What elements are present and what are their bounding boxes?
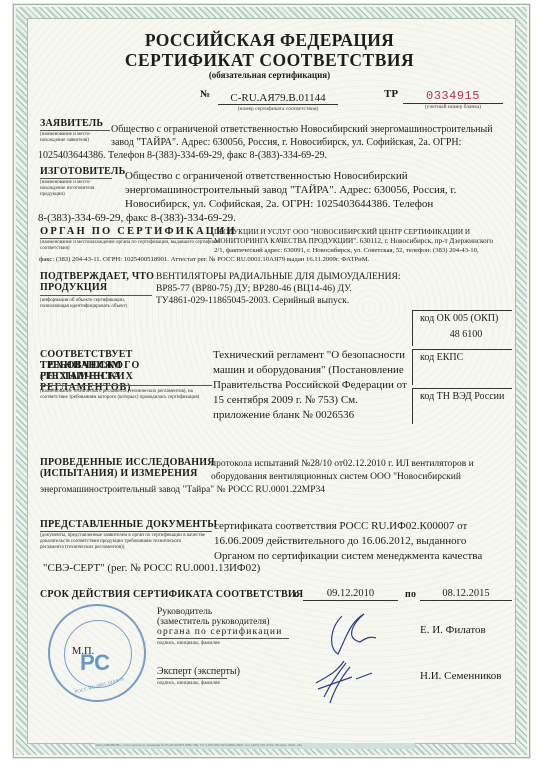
validity-from-prefix: с <box>294 589 299 600</box>
number-sign: № <box>200 89 210 100</box>
documents-label: ПРЕДСТАВЛЕННЫЕ ДОКУМЕНТЫ <box>40 519 217 530</box>
country-title: РОССИЙСКАЯ ФЕДЕРАЦИЯ <box>0 30 539 51</box>
blank-prefix: ТР <box>384 88 398 100</box>
head-name: Е. И. Филатов <box>420 624 486 636</box>
validity-to-prefix: по <box>405 589 416 600</box>
documents-line-4: "СВЭ-СЕРТ" (рег. № РОСС RU.0001.13ИФ02) <box>43 562 260 575</box>
blank-number-caption: (учетный номер бланка) <box>403 104 503 110</box>
divider <box>40 295 152 296</box>
cert-body-line-3: 2/1, фактический адрес: 630091, г. Новос… <box>214 246 479 255</box>
product-line-1: ВЕНТИЛЯТОРЫ РАДИАЛЬНЫЕ ДЛЯ ДЫМОУДАЛЕНИЯ: <box>156 271 401 284</box>
applicant-line-1: Общество с ограниченой ответственностью … <box>111 124 493 137</box>
regulations-line-2: машин и оборудования" (Постановление <box>213 364 404 377</box>
expert-name: Н.И. Семенников <box>420 670 501 682</box>
certificate-subtitle: (обязательная сертификация) <box>0 70 539 80</box>
research-line-1: протокола испытаний №28/10 от02.12.2010 … <box>211 458 474 471</box>
ekps-code-box: код ЕКПС <box>412 349 512 385</box>
divider <box>40 178 112 179</box>
expert-signature <box>310 655 380 707</box>
stamp-label: М.П. <box>72 646 94 657</box>
validity-from-date: 09.12.2010 <box>303 588 398 601</box>
certificate-number: C-RU.АЯ79.В.01144 <box>218 92 338 105</box>
manufacturer-line-3: Новосибирск, ул. Софийская, 2а. ОГРН: 10… <box>125 198 433 211</box>
regulations-caption: (наименование технического регламента (т… <box>40 389 205 401</box>
cert-body-line-2: МОНИТОРИНГА КАЧЕСТВА ПРОДУКЦИИ". 630112,… <box>214 237 493 246</box>
certificate-number-caption: (номер сертификата соответствия) <box>218 106 338 112</box>
manufacturer-line-2: энергомашиностроительный завод "ТАЙРА". … <box>125 184 456 197</box>
manufacturer-label: ИЗГОТОВИТЕЛЬ <box>40 166 125 177</box>
divider <box>40 238 212 239</box>
head-title-3: органа по сертификации <box>157 627 283 637</box>
divider <box>40 385 212 386</box>
research-label-1: ПРОВЕДЕННЫЕ ИССЛЕДОВАНИЯ <box>40 457 215 468</box>
certificate-number-row: № <box>200 88 210 100</box>
research-label-2: (ИСПЫТАНИЯ) И ИЗМЕРЕНИЯ <box>40 468 198 479</box>
blank-number: 0334915 <box>403 89 503 104</box>
applicant-label: ЗАЯВИТЕЛЬ <box>40 118 103 129</box>
certification-stamp: РС РОСС RU.0001.10АЯ79 <box>48 604 146 702</box>
cert-body-line-4: факс: (383) 204-43-11. ОГРН: 10254005189… <box>39 255 369 264</box>
okp-code-label: код ОК 005 (ОКП) <box>420 313 512 324</box>
manufacturer-line-4: 8-(383)-334-69-29, факс 8-(383)-334-69-2… <box>38 212 236 225</box>
tnved-code-box: код ТН ВЭД России <box>412 388 512 424</box>
product-label-2: ПРОДУКЦИЯ <box>40 282 107 293</box>
regulations-line-1: Технический регламент "О безопасности <box>213 349 405 362</box>
product-label-1: ПОДТВЕРЖДАЕТ, ЧТО <box>40 271 154 282</box>
applicant-line-3: 1025403644386. Телефон 8-(383)-334-69-29… <box>38 150 327 163</box>
head-title-2: (заместитель руководителя) <box>157 617 270 627</box>
regulations-line-3: Правительства Российской Федерации от <box>213 379 407 392</box>
divider <box>157 638 289 639</box>
validity-to-date: 08.12.2015 <box>420 588 512 601</box>
head-title-1: Руководитель <box>157 607 212 617</box>
applicant-line-2: завод "ТАЙРА". Адрес: 630056, Россия, г.… <box>111 137 461 150</box>
cert-body-label: ОРГАН ПО СЕРТИФИКАЦИИ <box>40 226 237 237</box>
head-signature-caption: подпись, инициалы, фамилия <box>157 641 220 647</box>
documents-caption: (документы, представленные заявителем в … <box>40 533 205 550</box>
footer-fine-print: ЗАО «ОПЦИОН», www.opcion.ru, лицензия № … <box>95 743 415 749</box>
divider <box>40 531 212 532</box>
product-line-2: ВР85-77 (ВР80-75) ДУ; ВР280-46 (ВЦ14-46)… <box>156 283 352 296</box>
research-line-3: энергомашиностроительный завод "Тайра" №… <box>40 484 325 497</box>
documents-line-1: сертификата соответствия РОСС RU.ИФ02.К0… <box>214 520 467 533</box>
regulations-line-5: приложение бланк № 0026536 <box>213 409 354 422</box>
applicant-caption: (наименование и место-нахождение заявите… <box>40 132 110 144</box>
product-caption: (информация об объекте сертификации, поз… <box>40 298 155 310</box>
documents-line-2: 16.06.2009 действительного до 16.06.2012… <box>214 535 466 548</box>
expert-label: Эксперт (эксперты) <box>157 666 240 677</box>
blank-number-field: 0334915 (учетный номер бланка) <box>403 86 503 110</box>
certificate-number-field: C-RU.АЯ79.В.01144 (номер сертификата соо… <box>218 88 338 112</box>
validity-label: СРОК ДЕЙСТВИЯ СЕРТИФИКАТА СООТВЕТСТВИЯ <box>40 589 303 600</box>
regulations-line-4: 15 сентября 2009 г. № 753) См. <box>213 394 358 407</box>
expert-signature-caption: подпись, инициалы, фамилия <box>157 681 220 687</box>
head-signature <box>320 608 380 658</box>
manufacturer-line-1: Общество с ограниченой ответственностью … <box>125 170 408 183</box>
divider <box>40 130 110 131</box>
manufacturer-caption: (наименование и место-нахождение изготов… <box>40 180 108 197</box>
okp-code-box: код ОК 005 (ОКП) 48 6100 <box>412 310 512 346</box>
tnved-code-label: код ТН ВЭД России <box>420 391 512 402</box>
okp-code-value: 48 6100 <box>420 329 512 340</box>
certificate-title: СЕРТИФИКАТ СООТВЕТСТВИЯ <box>0 50 539 71</box>
cert-body-line-1: ПРОДУКЦИИ И УСЛУГ ООО "НОВОСИБИРСКИЙ ЦЕН… <box>214 228 470 237</box>
product-line-3: ТУ4861-029-11865045-2003. Серийный выпус… <box>156 295 349 308</box>
ekps-code-label: код ЕКПС <box>420 352 512 363</box>
cert-body-caption: (наименование и местонахождение органа п… <box>40 240 220 252</box>
research-line-2: оборудования вентиляционных систем ООО "… <box>211 471 461 484</box>
divider <box>157 678 227 679</box>
